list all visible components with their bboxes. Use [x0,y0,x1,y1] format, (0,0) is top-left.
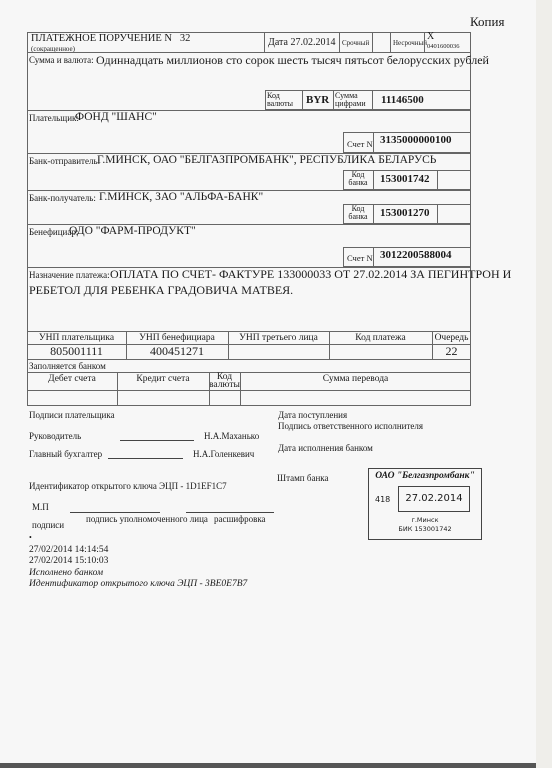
sender-bank-name: Г.МИНСК, ОАО "БЕЛГАЗПРОМБАНК", РЕСПУБЛИК… [97,154,436,166]
page-bottom-edge [0,763,536,768]
chief-accountant-label: Главный бухгалтер [29,449,102,459]
transfer-amount-value[interactable] [240,391,471,405]
nonurgent-label: Несрочный [393,39,427,47]
authorized-signature-line[interactable] [70,512,160,513]
purpose-line-2: РЕБЕТОЛ ДЛЯ РЕБЕНКА ГРАДОВИЧА МАТВЕЯ. [29,283,293,298]
bank-currency-code-header: Код валюты [209,373,240,389]
bank-section-label: Заполняется банком [29,361,106,371]
bank-currency-code-value[interactable] [209,391,240,405]
timestamp-1: 27/02/2014 14:14:54 [29,545,108,555]
authorized-signature-caption: подпись уполномоченного лица [86,515,208,523]
payer-account: 3135000000100 [380,134,452,146]
purpose-label: Назначение платежа: [29,270,110,280]
mp-label: М.П [32,502,49,512]
page-edge [536,0,552,768]
receiver-bank-code: 153001270 [380,207,430,219]
unp-header-third-party: УНП третьего лица [228,333,329,343]
urgent-label: Срочный [342,39,369,47]
execution-date-label: Дата исполнения банком [278,443,373,453]
purpose-line-1: ОПЛАТА ПО СЧЕТ- ФАКТУРЕ 133000033 ОТ 27.… [110,267,511,282]
queue-header: Очередь [432,333,471,343]
bank-stamp: ОАО "Белгазпромбанк" 418 27.02.2014 г.Ми… [368,468,482,540]
debit-account-header: Дебет счета [27,374,117,384]
stamp-bank-name: ОАО "Белгазпромбанк" [369,471,481,481]
sender-bank-code-label: Код банка [344,171,372,187]
beneficiary-account-label: Счет N [347,253,373,263]
receipt-date-label: Дата поступления [278,410,347,420]
amount-label: Сумма и валюта: [29,55,94,65]
bullet-mark: • [29,533,32,542]
debit-account-value[interactable] [27,391,117,405]
sender-bank-code: 153001742 [380,173,430,185]
key-id-label: Идентификатор открытого ключа ЭЦП - 1D1E… [29,481,227,491]
accountant-signature-line[interactable] [108,458,183,459]
bank-stamp-label: Штамп банка [277,473,329,483]
unp-payer-value: 805001111 [27,344,126,359]
sum-digits-label: Сумма цифрами [335,92,373,108]
transcript-line[interactable] [186,512,274,513]
amount-in-words: Одиннадцать миллионов сто сорок шесть ты… [96,53,489,68]
receiver-bank-label: Банк-получатель: [29,193,96,203]
unp-header-payer: УНП плательщика [27,333,126,343]
sender-bank-label: Банк-отправитель: [29,156,100,166]
stamp-city: г.Минск [369,516,481,524]
unp-header-beneficiary: УНП бенефициара [126,333,228,343]
queue-value: 22 [432,344,471,359]
currency-code: BYR [306,94,329,106]
transcript-caption: расшифровка [214,515,266,523]
order-number: 32 [180,33,191,44]
director-name: Н.А.Маханько [204,431,259,441]
director-label: Руководитель [29,431,81,441]
copy-mark: Копия [470,14,504,30]
payment-code-header: Код платежа [329,333,432,343]
unp-beneficiary-value: 400451271 [126,344,228,359]
executed-by-bank: Исполнено банком [29,568,103,578]
nonurgent-checkbox[interactable]: X [427,31,434,42]
beneficiary-account: 3012200588004 [380,249,452,261]
receiver-bank-code-label: Код банка [344,205,372,221]
director-signature-line[interactable] [120,440,194,441]
currency-code-label: Код валюты [267,92,301,108]
stamp-date: 27.02.2014 [398,486,470,512]
timestamp-2: 27/02/2014 15:10:03 [29,556,108,566]
payer-label: Плательщик: [29,113,79,123]
payer-name: ФОНД "ШАНС" [75,111,157,123]
beneficiary-name: ОДО "ФАРМ-ПРОДУКТ" [69,225,196,237]
receiver-bank-name: Г.МИНСК, ЗАО "АЛЬФА-БАНК" [99,191,263,203]
stamp-number: 418 [375,495,390,504]
credit-account-value[interactable] [117,391,209,405]
payer-signatures-label: Подписи плательщика [29,410,115,420]
bank-key-id: Идентификатор открытого ключа ЭЦП - 3BE0… [29,579,247,589]
form-title: ПЛАТЕЖНОЕ ПОРУЧЕНИЕ N 32 [31,33,190,44]
sum-digits: 11146500 [381,94,424,106]
chief-accountant-name: Н.А.Голенкевич [193,449,254,459]
executor-signature-label: Подпись ответственного исполнителя [278,421,423,431]
signatures-caption: подписи [32,521,64,529]
transfer-amount-header: Сумма перевода [240,374,471,384]
date-field: Дата 27.02.2014 [268,37,335,48]
payment-order-page: Копия ПЛАТЕЖНОЕ ПОРУЧЕНИЕ N 32 (сокращен… [0,0,536,768]
payer-account-label: Счет N [347,139,373,149]
stamp-bik: БИК 153001742 [369,525,481,533]
form-code: 0401600036 [427,43,460,51]
credit-account-header: Кредит счета [117,374,209,384]
